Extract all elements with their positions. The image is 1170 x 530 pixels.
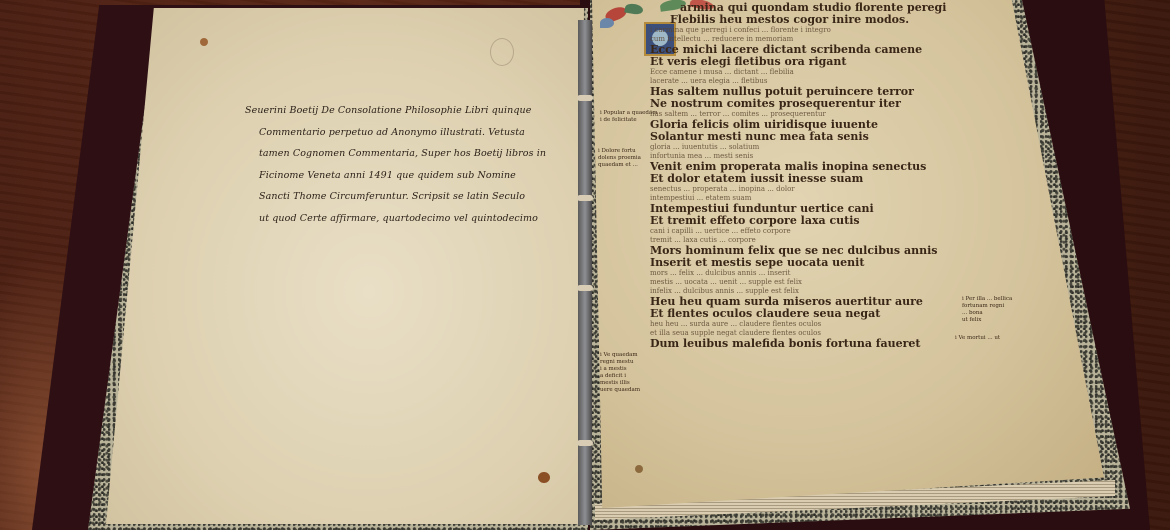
gloss-line: cum intellectu ... reducere in memoriam <box>650 35 950 44</box>
gloss-line: i carmina que perregi i confeci ... flor… <box>650 26 950 35</box>
margin-note: i Ve quaedam regni mestu i a mestis a de… <box>600 352 640 394</box>
left-page <box>106 8 584 524</box>
verse-line: Solantur mesti nunc mea fata senis <box>650 131 950 143</box>
stain <box>635 465 643 473</box>
verse-line: Dum leuibus malefida bonis fortuna fauer… <box>650 338 950 350</box>
verse-line: Et veris elegi fletibus ora rigant <box>650 56 950 68</box>
verse-line: Et flentes oculos claudere seua negat <box>650 308 950 320</box>
binding-stitch <box>577 195 593 201</box>
gloss-line: cani i capilli ... uertice ... effeto co… <box>650 227 950 236</box>
gloss-line: mestis ... uocata ... uenit ... supple e… <box>650 278 950 287</box>
binding-stitch <box>577 95 593 101</box>
binding-stitch <box>577 440 593 446</box>
handwritten-note: Seuerini Boetij De Consolatione Philosop… <box>245 100 515 229</box>
gloss-line: heu heu ... surda aure ... claudere flen… <box>650 320 950 329</box>
binding-stitch <box>577 285 593 291</box>
note-line: Commentario perpetuo ad Anonymo illustra… <box>245 122 515 144</box>
gloss-line: infortunia mea ... mesti senis <box>650 152 950 161</box>
gloss-line: mors ... felix ... dulcibus annis ... in… <box>650 269 950 278</box>
verse-line: Et tremit effeto corpore laxa cutis <box>650 215 950 227</box>
gloss-line: has saltem ... terror ... comites ... pr… <box>650 110 950 119</box>
verse-line: Inserit et mestis sepe uocata uenit <box>650 257 950 269</box>
gloss-line: senectus ... properata ... inopina ... d… <box>650 185 950 194</box>
verse-line: Flebilis heu mestos cogor inire modos. <box>650 14 950 26</box>
gloss-line: tremit ... laxa cutis ... corpore <box>650 236 950 245</box>
faded-stamp <box>490 38 514 66</box>
note-line: Ficinome Veneta anni 1491 que quidem sub… <box>245 165 515 187</box>
note-line: Seuerini Boetij De Consolatione Philosop… <box>245 100 515 122</box>
gloss-line: lacerate ... uera elegia ... fletibus <box>650 77 950 86</box>
manuscript-text: armina qui quondam studio florente pereg… <box>650 2 950 350</box>
note-line: tamen Cognomen Commentaria, Super hos Bo… <box>245 143 515 165</box>
verse-line: Et dolor etatem iussit inesse suam <box>650 173 950 185</box>
gloss-line: gloria ... iuuentutis ... solatium <box>650 143 950 152</box>
note-line: ut quod Certe affirmare, quartodecimo ve… <box>245 208 515 230</box>
gloss-line: et illa seua supple negat claudere flent… <box>650 329 950 338</box>
note-line: Sancti Thome Circumferuntur. Scripsit se… <box>245 186 515 208</box>
margin-note: i Ve mortui ... ut <box>955 335 1000 342</box>
stain <box>538 472 550 483</box>
margin-note: i Per illa ... bellica fortunam regni ..… <box>962 296 1012 324</box>
margin-note: i Popular a quaedam i de felicitate <box>600 110 657 124</box>
gloss-line: infelix ... dulcibus annis ... supple es… <box>650 287 950 296</box>
verse-line: Ne nostrum comites prosequerentur iter <box>650 98 950 110</box>
floral-decoration <box>600 18 614 28</box>
stain <box>200 38 208 46</box>
gloss-line: Ecce camene i musa ... dictant ... flebi… <box>650 68 950 77</box>
margin-note: i Dolore fortu dolens proemia quaedam et… <box>598 148 641 169</box>
gloss-line: intempestiui ... etatem suam <box>650 194 950 203</box>
